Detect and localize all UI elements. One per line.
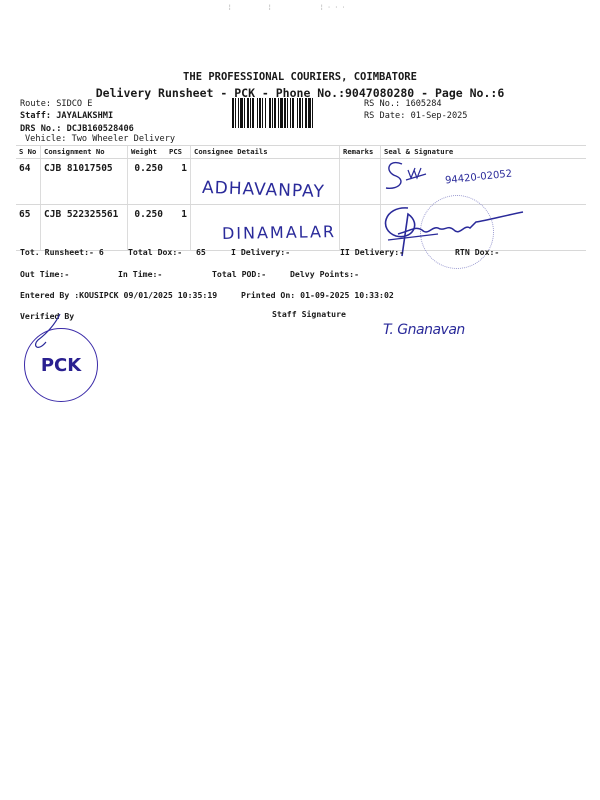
route: Route: SIDCO E xyxy=(20,99,92,109)
col-pcs: PCS xyxy=(166,146,191,159)
drs-number: DRS No.: DCJB160528406 xyxy=(20,124,134,134)
pcs: 1 xyxy=(166,159,191,205)
stamp-text: PCK xyxy=(41,355,81,376)
total-dox-label: Total Dox:- xyxy=(128,247,182,257)
vehicle: Vehicle: Two Wheeler Delivery xyxy=(25,134,175,144)
ii-delivery: II Delivery:- xyxy=(340,247,404,257)
handwritten-consignee-1: ADHAVANPAY xyxy=(202,178,325,202)
s-no: 65 xyxy=(16,205,41,251)
pck-stamp: PCK xyxy=(24,328,98,402)
col-weight: Weight xyxy=(128,146,167,159)
tot-runsheet: Tot. Runsheet:- 6 xyxy=(20,247,104,257)
printed-on: Printed On: 01-09-2025 10:33:02 xyxy=(241,290,394,300)
pcs: 1 xyxy=(166,205,191,251)
staff-signature-handwritten: T. Gnanavan xyxy=(383,322,465,338)
weight: 0.250 xyxy=(128,159,167,205)
staff: Staff: JAYALAKSHMI xyxy=(20,111,113,121)
delvy-points: Delvy Points:- xyxy=(290,269,359,279)
s-no: 64 xyxy=(16,159,41,205)
rs-number: RS No.: 1605284 xyxy=(364,99,442,109)
consignment-no: CJB 81017505 xyxy=(41,159,128,205)
scan-mark: ¦ xyxy=(228,4,232,11)
weight: 0.250 xyxy=(128,205,167,251)
company-title: THE PROFESSIONAL COURIERS, COIMBATORE xyxy=(0,71,600,83)
handwritten-consignee-2: DINAMALAR xyxy=(222,222,336,243)
remarks xyxy=(340,159,381,205)
i-delivery: I Delivery:- xyxy=(231,247,290,257)
col-consignment-no: Consignment No xyxy=(41,146,128,159)
remarks xyxy=(340,205,381,251)
barcode xyxy=(232,98,360,128)
rtn-dox: RTN Dox:- xyxy=(455,247,499,257)
out-time: Out Time:- xyxy=(20,269,69,279)
staff-signature-label: Staff Signature xyxy=(272,309,346,319)
rs-date: RS Date: 01-Sep-2025 xyxy=(364,111,467,121)
col-s-no: S No xyxy=(16,146,41,159)
consignment-no: CJB 522325561 xyxy=(41,205,128,251)
scan-mark: ¦ · · · xyxy=(320,4,345,11)
col-seal-signature: Seal & Signature xyxy=(381,146,587,159)
col-consignee-details: Consignee Details xyxy=(191,146,340,159)
entered-by: Entered By :KOUSIPCK 09/01/2025 10:35:19 xyxy=(20,290,217,300)
col-remarks: Remarks xyxy=(340,146,381,159)
in-time: In Time:- xyxy=(118,269,162,279)
signature-row-64 xyxy=(380,158,440,198)
total-dox-value: 65 xyxy=(196,247,206,257)
total-pod: Total POD:- xyxy=(212,269,266,279)
table-header-row: S No Consignment No Weight PCS Consignee… xyxy=(16,146,586,159)
scan-mark: ¦ xyxy=(268,4,272,11)
